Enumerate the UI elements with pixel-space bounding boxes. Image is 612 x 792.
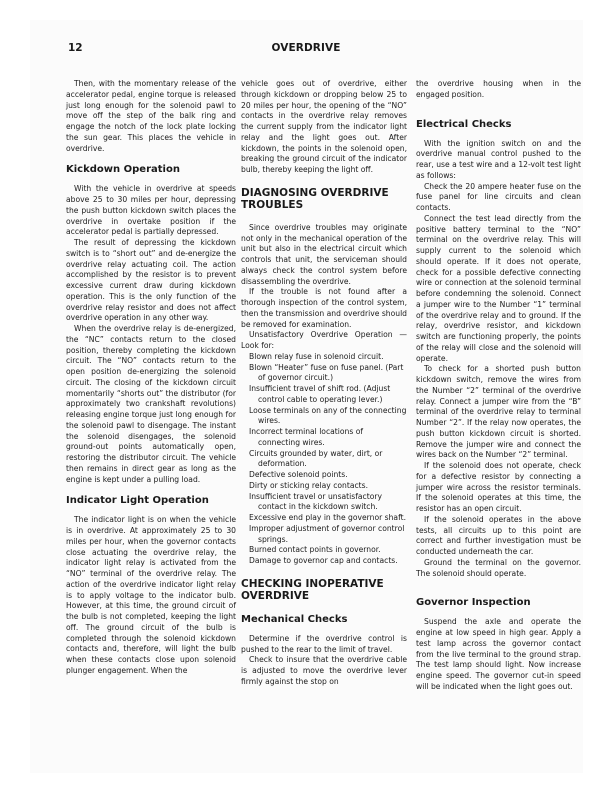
- section-heading-electrical-checks: Electrical Checks: [416, 119, 581, 131]
- fault-item: Excessive end play in the governor shaft…: [241, 513, 407, 524]
- paragraph: To check for a shorted push button kickd…: [416, 364, 581, 461]
- section-heading-checking-inoperative-overdrive: CHECKING INOPERATIVE OVERDRIVE: [241, 578, 407, 602]
- paragraph: Then, with the momentary release of the …: [66, 79, 236, 154]
- paragraph: Suspend the axle and operate the engine …: [416, 617, 581, 692]
- column-1: Then, with the momentary release of the …: [66, 79, 236, 677]
- fault-item: Blown “Heater” fuse on fuse panel. (Part…: [241, 363, 407, 385]
- fault-item: Improper adjustment of governor control …: [241, 524, 407, 546]
- paragraph: Check the 20 ampere heater fuse on the f…: [416, 182, 581, 214]
- section-heading-indicator-light-operation: Indicator Light Operation: [66, 495, 236, 507]
- paragraph: Unsatisfactory Overdrive Operation — Loo…: [241, 330, 407, 352]
- running-head: OVERDRIVE: [0, 42, 612, 54]
- column-2: vehicle goes out of overdrive, either th…: [241, 79, 407, 688]
- paragraph: vehicle goes out of overdrive, either th…: [241, 79, 407, 176]
- fault-item: Dirty or sticking relay contacts.: [241, 481, 407, 492]
- paragraph: The indicator light is on when the vehic…: [66, 515, 236, 676]
- paragraph: With the ignition switch on and the over…: [416, 139, 581, 182]
- fault-item: Blown relay fuse in solenoid circuit.: [241, 352, 407, 363]
- paragraph: Since overdrive troubles may originate n…: [241, 223, 407, 288]
- paragraph: Check to insure that the overdrive cable…: [241, 655, 407, 687]
- fault-item: Insufficient travel of shift rod. (Adjus…: [241, 384, 407, 406]
- paragraph: If the solenoid operates in the above te…: [416, 515, 581, 558]
- section-heading-diagnosing-overdrive-troubles: DIAGNOSING OVERDRIVE TROUBLES: [241, 187, 407, 211]
- fault-item: Loose terminals on any of the connecting…: [241, 406, 407, 428]
- section-heading-mechanical-checks: Mechanical Checks: [241, 614, 407, 626]
- section-heading-kickdown-operation: Kickdown Operation: [66, 164, 236, 176]
- fault-item: Incorrect terminal locations of connecti…: [241, 427, 407, 449]
- paragraph: Connect the test lead directly from the …: [416, 214, 581, 365]
- section-heading-governor-inspection: Governor Inspection: [416, 597, 581, 609]
- fault-item: Insufficient travel or unsatisfactory co…: [241, 492, 407, 514]
- paragraph: The result of depressing the kickdown sw…: [66, 238, 236, 324]
- fault-list: Blown relay fuse in solenoid circuit. Bl…: [241, 352, 407, 567]
- fault-item: Defective solenoid points.: [241, 470, 407, 481]
- paragraph: When the overdrive relay is de-energized…: [66, 324, 236, 485]
- column-3: the overdrive housing when in the engage…: [416, 79, 581, 693]
- fault-item: Damage to governor cap and contacts.: [241, 556, 407, 567]
- paragraph: Ground the terminal on the governor. The…: [416, 558, 581, 580]
- paragraph: With the vehicle in overdrive at speeds …: [66, 184, 236, 238]
- paragraph: If the solenoid does not operate, check …: [416, 461, 581, 515]
- fault-item: Burned contact points in governor.: [241, 545, 407, 556]
- paragraph: If the trouble is not found after a thor…: [241, 287, 407, 330]
- fault-item: Circuits grounded by water, dirt, or def…: [241, 449, 407, 471]
- paragraph: the overdrive housing when in the engage…: [416, 79, 581, 101]
- paragraph: Determine if the overdrive control is pu…: [241, 634, 407, 656]
